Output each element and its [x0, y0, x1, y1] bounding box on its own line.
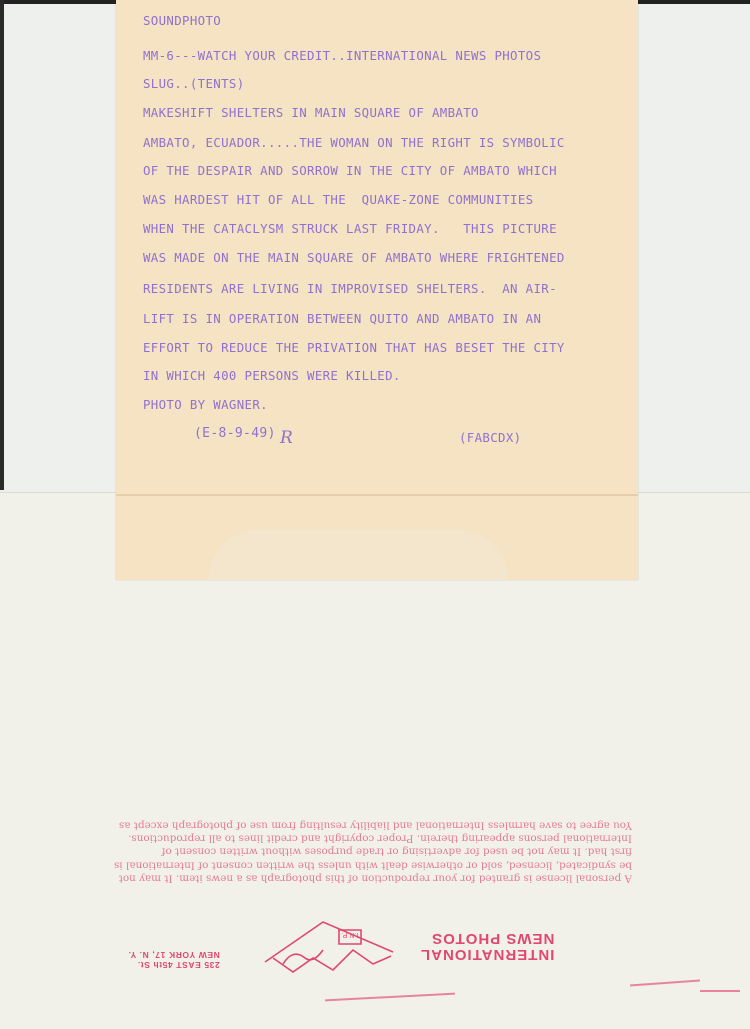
- caption-line: PHOTO BY WAGNER.: [143, 397, 268, 412]
- address-line-2: NEW YORK 17, N. Y.: [128, 950, 220, 960]
- caption-line: WAS MADE ON THE MAIN SQUARE OF AMBATO WH…: [143, 250, 565, 265]
- caption-line: MM-6---WATCH YOUR CREDIT..INTERNATIONAL …: [143, 48, 541, 63]
- handwritten-mark: R: [280, 428, 293, 448]
- caption-line: WAS HARDEST HIT OF ALL THE QUAKE-ZONE CO…: [143, 192, 534, 207]
- caption-line: OF THE DESPAIR AND SORROW IN THE CITY OF…: [143, 163, 557, 178]
- license-stamp-text: A personal license is granted for your r…: [112, 818, 632, 884]
- caption-line: SLUG..(TENTS): [143, 76, 245, 91]
- worn-area: [208, 530, 508, 580]
- brand-stamp: INTERNATIONAL NEWS PHOTOS: [420, 930, 554, 962]
- caption-line: AMBATO, ECUADOR.....THE WOMAN ON THE RIG…: [143, 135, 565, 150]
- caption-line: IN WHICH 400 PERSONS WERE KILLED.: [143, 368, 401, 383]
- brand-line-2: NEWS PHOTOS: [420, 930, 554, 946]
- date-code: (E-8-9-49): [194, 426, 276, 441]
- caption-line: EFFORT TO REDUCE THE PRIVATION THAT HAS …: [143, 340, 565, 355]
- inp-logo-icon: I.N.P.: [263, 920, 403, 980]
- caption-line: LIFT IS IN OPERATION BETWEEN QUITO AND A…: [143, 311, 541, 326]
- index-code: (FABCDX): [459, 430, 521, 445]
- address-stamp: 235 EAST 45th St. NEW YORK 17, N. Y.: [128, 950, 220, 970]
- logo-text: I.N.P.: [342, 931, 359, 938]
- ink-smear: [700, 990, 740, 992]
- caption-line: SOUNDPHOTO: [143, 13, 221, 28]
- caption-line: RESIDENTS ARE LIVING IN IMPROVISED SHELT…: [143, 281, 557, 296]
- address-line-1: 235 EAST 45th St.: [128, 960, 220, 970]
- scan-edge-left: [0, 0, 4, 490]
- fold-crease: [116, 494, 638, 496]
- caption-line: WHEN THE CATACLYSM STRUCK LAST FRIDAY. T…: [143, 221, 557, 236]
- caption-slip: SOUNDPHOTO MM-6---WATCH YOUR CREDIT..INT…: [116, 0, 638, 580]
- caption-line: MAKESHIFT SHELTERS IN MAIN SQUARE OF AMB…: [143, 105, 479, 120]
- brand-line-1: INTERNATIONAL: [420, 946, 554, 962]
